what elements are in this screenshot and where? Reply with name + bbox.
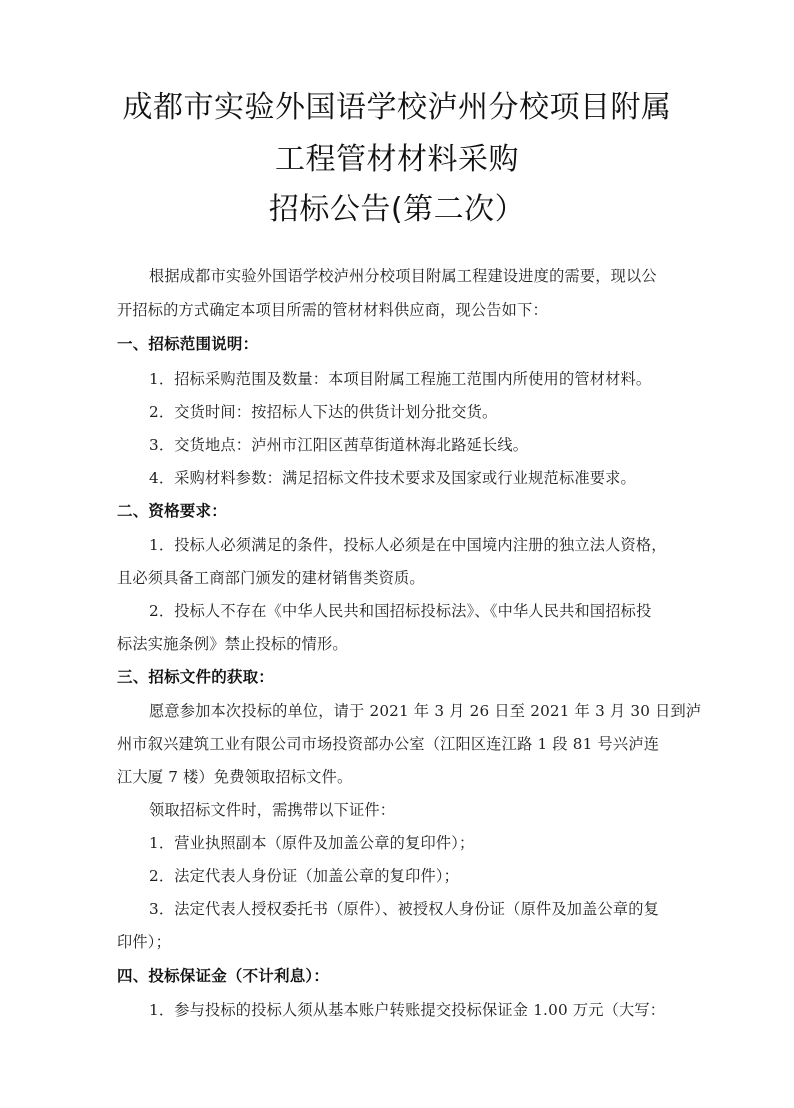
- scope-item-3: 3．交货地点：泸州市江阳区茜草街道林海北路延长线。: [149, 434, 715, 456]
- section-heading-scope: 一、招标范围说明：: [117, 333, 683, 355]
- scope-item-4: 4．采购材料参数：满足招标文件技术要求及国家或行业规范标准要求。: [149, 467, 715, 489]
- qualification-line-1: 1．投标人必须满足的条件，投标人必须是在中国境内注册的独立法人资格，: [149, 534, 715, 556]
- document-title-line-1: 成都市实验外国语学校泸州分校项目附属: [0, 88, 794, 128]
- document-title-line-2: 工程管材材料采购: [0, 140, 794, 180]
- documents-line-6: 2．法定代表人身份证（加盖公章的复印件）；: [149, 865, 715, 887]
- documents-line-3: 江大厦 7 楼）免费领取招标文件。: [117, 766, 683, 788]
- scope-item-2: 2．交货时间：按招标人下达的供货计划分批交货。: [149, 401, 715, 423]
- qualification-line-2: 且必须具备工商部门颁发的建材销售类资质。: [117, 567, 683, 589]
- documents-line-1: 愿意参加本次投标的单位，请于 2021 年 3 月 26 日至 2021 年 3…: [149, 700, 715, 722]
- intro-paragraph-line-2: 开招标的方式确定本项目所需的管材材料供应商，现公告如下：: [117, 299, 683, 321]
- section-heading-documents: 三、招标文件的获取：: [117, 666, 683, 688]
- section-heading-qualification: 二、资格要求：: [117, 500, 683, 522]
- qualification-line-3: 2．投标人不存在《中华人民共和国招标投标法》、《中华人民共和国招标投: [149, 600, 715, 622]
- document-page: 成都市实验外国语学校泸州分校项目附属 工程管材材料采购 招标公告(第二次） 根据…: [0, 0, 794, 1108]
- intro-paragraph-line-1: 根据成都市实验外国语学校泸州分校项目附属工程建设进度的需要，现以公: [149, 265, 715, 287]
- documents-line-4: 领取招标文件时，需携带以下证件：: [149, 799, 715, 821]
- documents-line-8: 印件）；: [117, 931, 683, 953]
- deposit-line-1: 1．参与投标的投标人须从基本账户转账提交投标保证金 1.00 万元（大写：: [149, 999, 715, 1021]
- document-title-line-3: 招标公告(第二次）: [0, 190, 794, 230]
- documents-line-2: 州市叙兴建筑工业有限公司市场投资部办公室（江阳区连江路 1 段 81 号兴泸连: [117, 733, 683, 755]
- section-heading-deposit: 四、投标保证金（不计利息）：: [117, 965, 683, 987]
- documents-line-7: 3．法定代表人授权委托书（原件）、被授权人身份证（原件及加盖公章的复: [149, 898, 715, 920]
- documents-line-5: 1．营业执照副本（原件及加盖公章的复印件）；: [149, 832, 715, 854]
- scope-item-1: 1．招标采购范围及数量：本项目附属工程施工范围内所使用的管材材料。: [149, 368, 715, 390]
- qualification-line-4: 标法实施条例》禁止投标的情形。: [117, 633, 683, 655]
